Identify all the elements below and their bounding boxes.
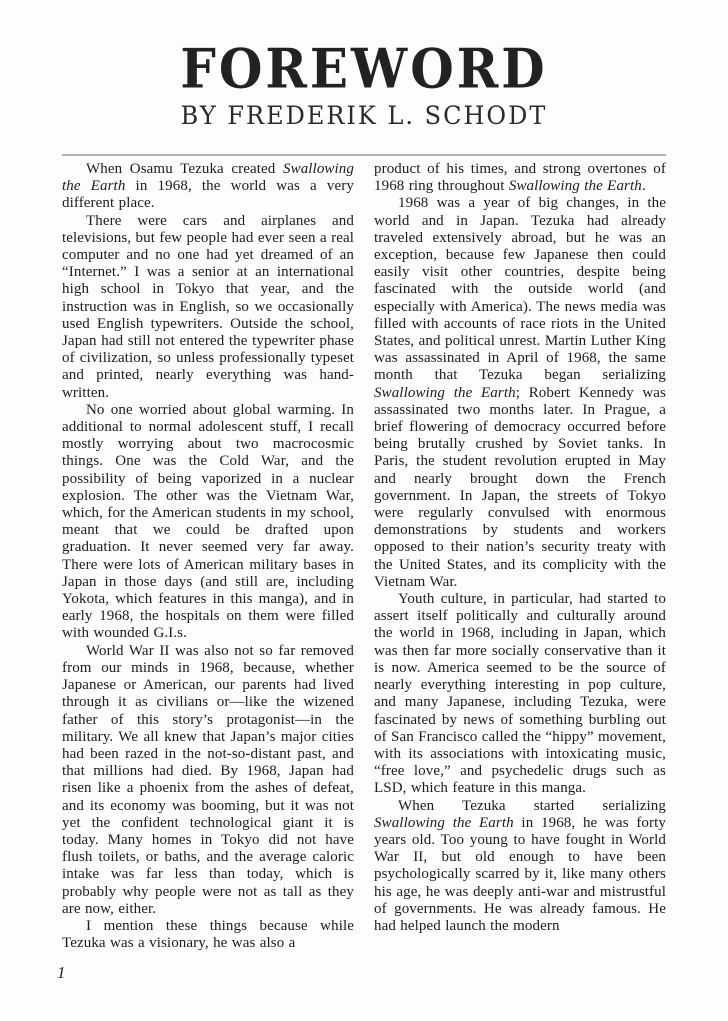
text-run: When Tezuka started serializing: [398, 798, 666, 814]
page-title: FOREWORD: [0, 42, 728, 96]
book-title-italic: Swallowing the Earth: [509, 178, 642, 194]
paragraph: product of his times, and strong overton…: [374, 161, 666, 195]
text-run: ; Robert Kennedy was assassinated two mo…: [374, 385, 666, 590]
text-run: in 1968, he was forty years old. Too you…: [374, 815, 666, 934]
text-run: Youth culture, in particular, had starte…: [374, 591, 666, 796]
book-title-italic: Swallowing the Earth: [374, 815, 514, 831]
book-title-italic: Swallowing the Earth: [374, 385, 516, 401]
text-run: There were cars and airplanes and televi…: [62, 213, 354, 401]
text-run: When Osamu Tezuka created: [86, 161, 283, 177]
paragraph: When Osamu Tezuka created Swallowing the…: [62, 161, 354, 213]
left-column: When Osamu Tezuka created Swallowing the…: [62, 161, 354, 952]
text-run: I mention these things because while Tez…: [62, 918, 354, 951]
title-divider-rule: [62, 154, 666, 156]
paragraph: I mention these things because while Tez…: [62, 918, 354, 952]
text-run: .: [642, 178, 646, 194]
paragraph: World War II was also not so far removed…: [62, 643, 354, 918]
book-page: FOREWORD BY FREDERIK L. SCHODT When Osam…: [0, 0, 728, 1021]
text-columns: When Osamu Tezuka created Swallowing the…: [62, 161, 666, 952]
page-number: 1: [57, 963, 66, 983]
text-run: World War II was also not so far removed…: [62, 643, 354, 917]
text-run: No one worried about global warming. In …: [62, 402, 354, 642]
right-column: product of his times, and strong overton…: [374, 161, 666, 952]
masthead: FOREWORD BY FREDERIK L. SCHODT: [0, 42, 728, 129]
paragraph: When Tezuka started serializing Swallowi…: [374, 798, 666, 936]
paragraph: There were cars and airplanes and televi…: [62, 213, 354, 402]
text-run: 1968 was a year of big changes, in the w…: [374, 195, 666, 383]
byline: BY FREDERIK L. SCHODT: [0, 101, 728, 130]
paragraph: Youth culture, in particular, had starte…: [374, 591, 666, 797]
paragraph: 1968 was a year of big changes, in the w…: [374, 195, 666, 591]
paragraph: No one worried about global warming. In …: [62, 402, 354, 643]
